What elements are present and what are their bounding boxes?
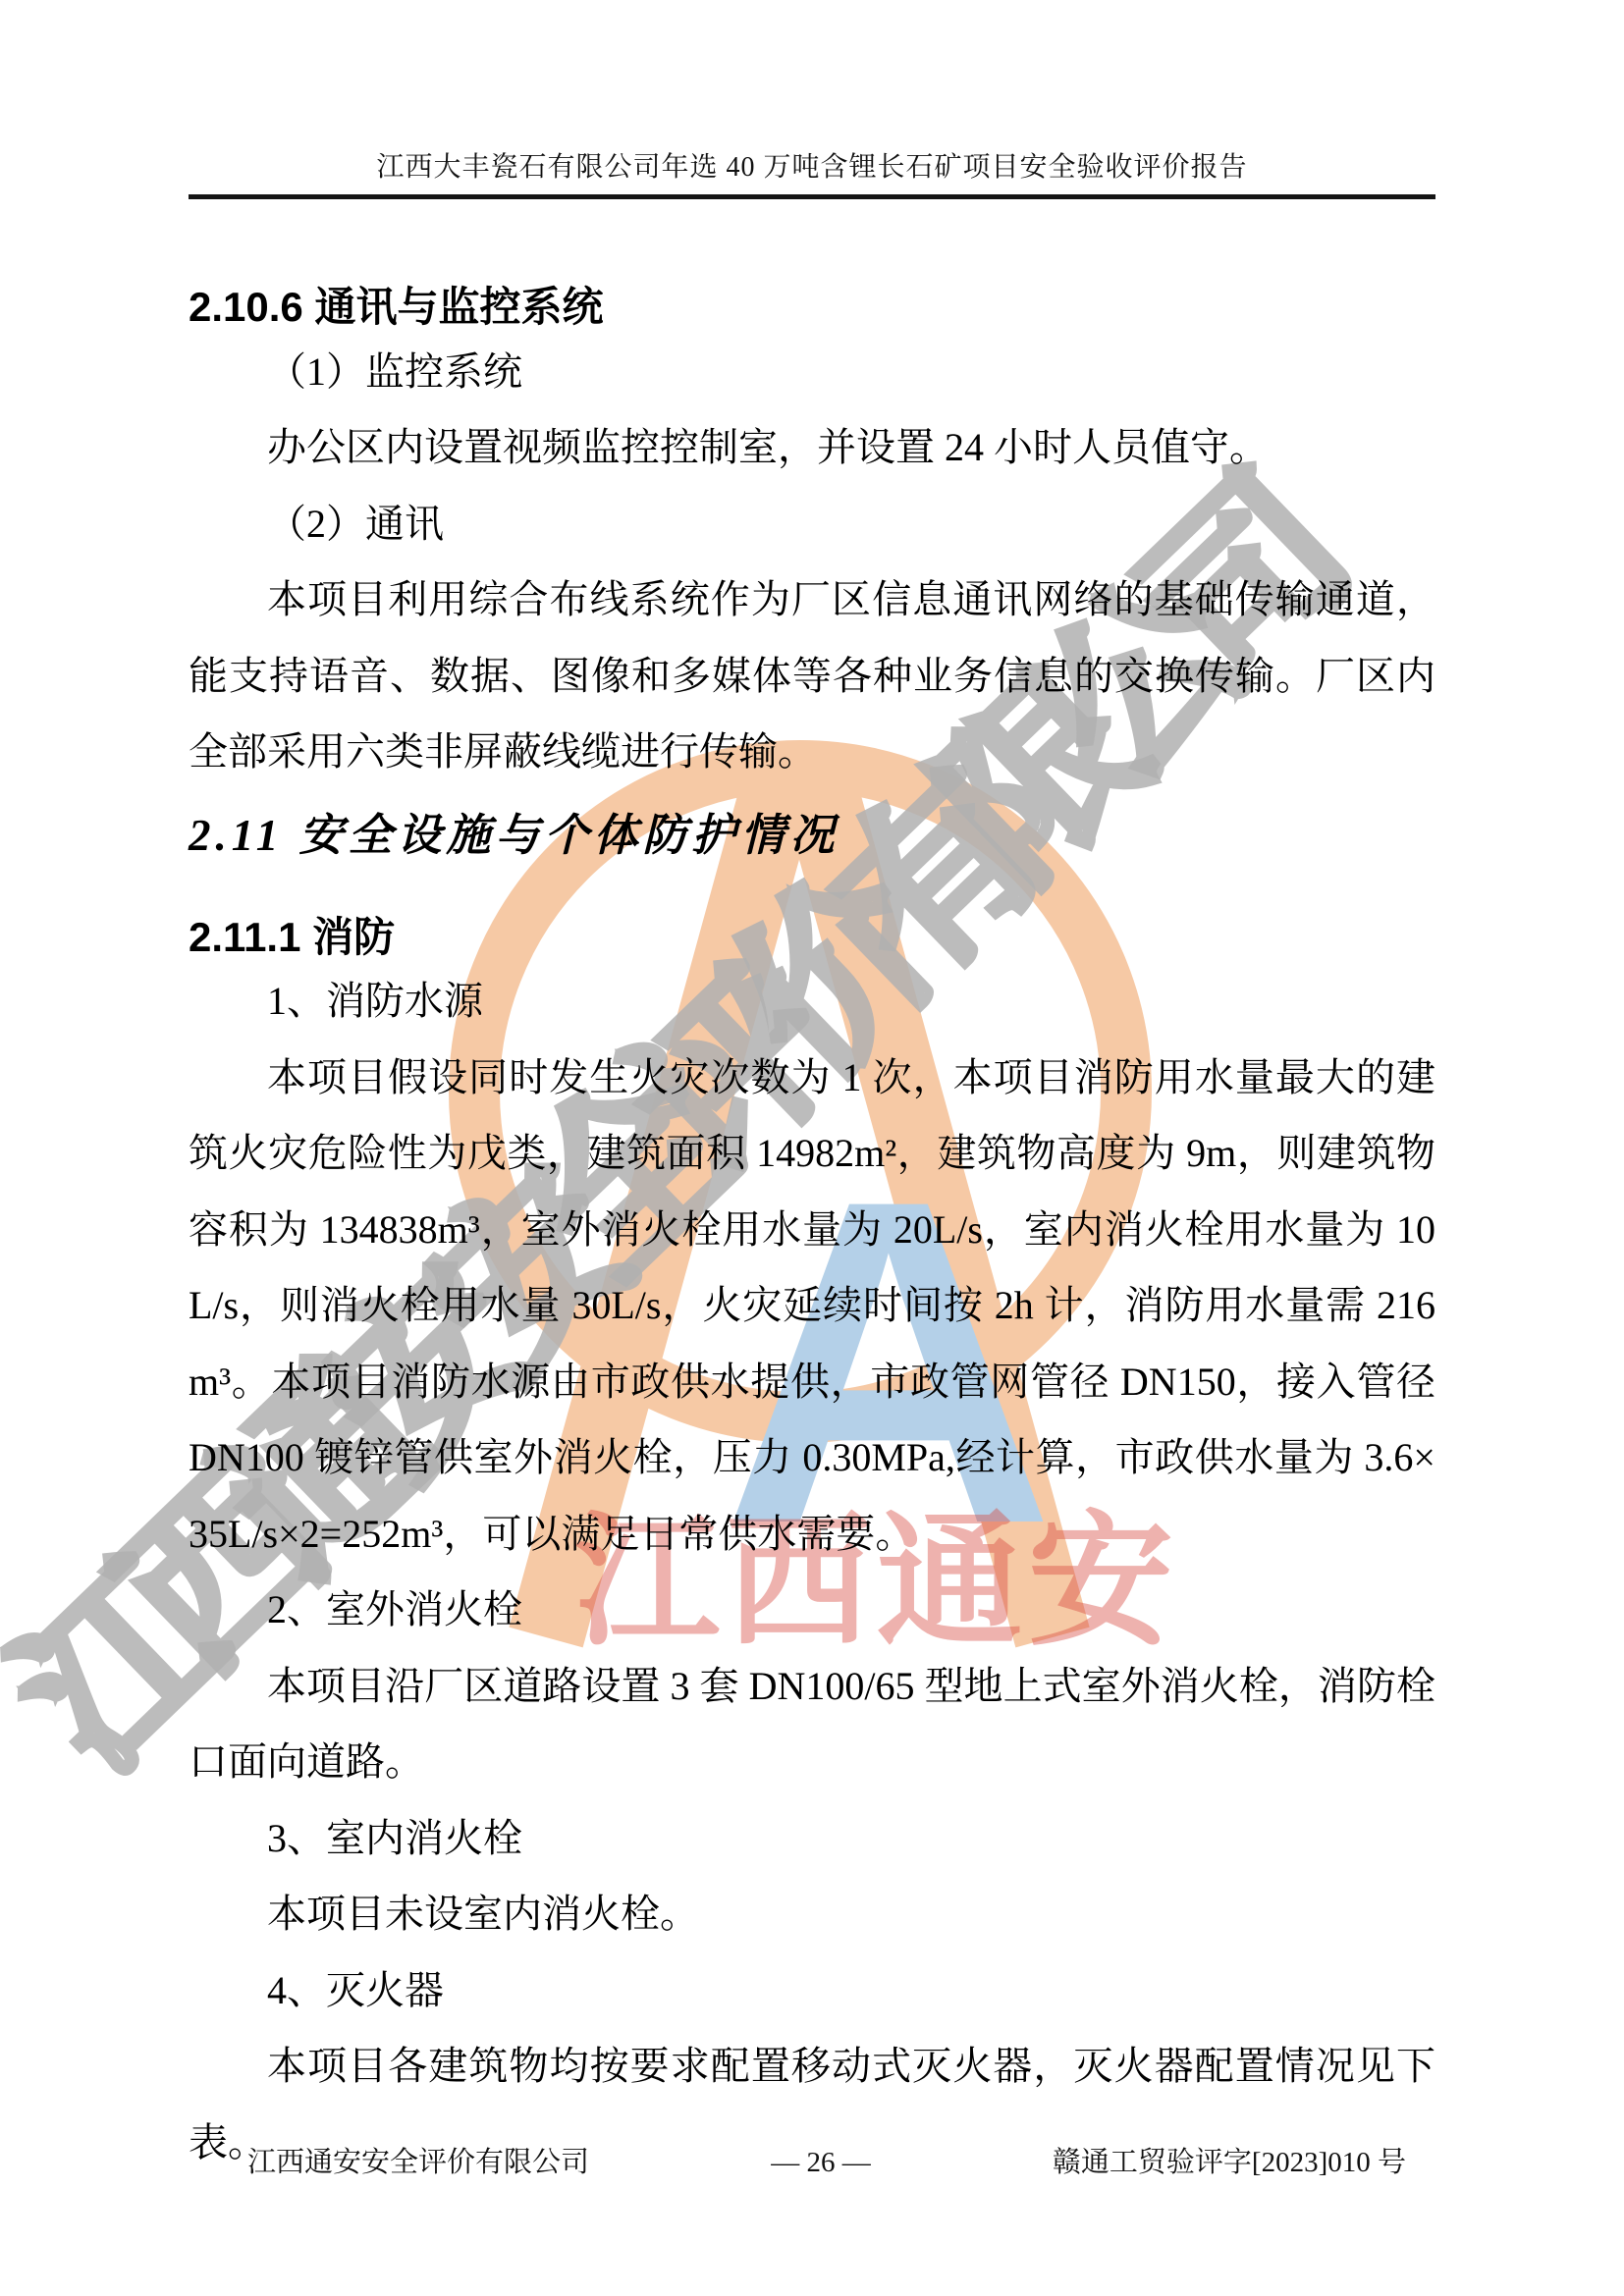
paragraph-communication: 本项目利用综合布线系统作为厂区信息通讯网络的基础传输通道，能支持语音、数据、图像… [189,561,1435,790]
item-label-fire-water-source: 1、消防水源 [189,963,1435,1040]
page-footer: 江西通安安全评价有限公司 — 26 — 赣通工贸验评字[2023]010 号 [247,2140,1406,2180]
item-label-outdoor-hydrant: 2、室外消火栓 [189,1572,1435,1648]
document-page: A 江西通安安全评价有限公司 江西通安 江西大丰瓷石有限公司年选 40 万吨含锂… [0,0,1624,2296]
page-header-title: 江西大丰瓷石有限公司年选 40 万吨含锂长石矿项目安全验收评价报告 [189,145,1435,185]
header-rule [189,194,1435,199]
paragraph-indoor-hydrant: 本项目未设室内消火栓。 [189,1876,1435,1952]
footer-page-number: — 26 — [771,2147,871,2179]
paragraph-fire-water-source: 本项目假设同时发生火灾次数为 1 次，本项目消防用水量最大的建筑火灾危险性为戊类… [189,1040,1435,1573]
section-heading-2-11: 2.11 安全设施与个体防护情况 [189,808,1435,863]
footer-doc-number: 赣通工贸验评字[2023]010 号 [1053,2140,1406,2180]
footer-company: 江西通安安全评价有限公司 [247,2140,589,2180]
paragraph-outdoor-hydrant: 本项目沿厂区道路设置 3 套 DN100/65 型地上式室外消火栓，消防栓口面向… [189,1648,1435,1800]
document-content: 江西大丰瓷石有限公司年选 40 万吨含锂长石矿项目安全验收评价报告 2.10.6… [0,0,1624,2296]
paragraph-monitoring: 办公区内设置视频监控控制室，并设置 24 小时人员值守。 [189,409,1435,486]
item-label-indoor-hydrant: 3、室内消火栓 [189,1800,1435,1877]
section-heading-2-11-1: 2.11.1 消防 [189,912,1435,964]
item-label-communication: （2）通讯 [189,486,1435,562]
section-heading-2-10-6: 2.10.6 通讯与监控系统 [189,282,1435,334]
item-label-monitoring: （1）监控系统 [189,334,1435,410]
item-label-extinguisher: 4、灭火器 [189,1952,1435,2029]
